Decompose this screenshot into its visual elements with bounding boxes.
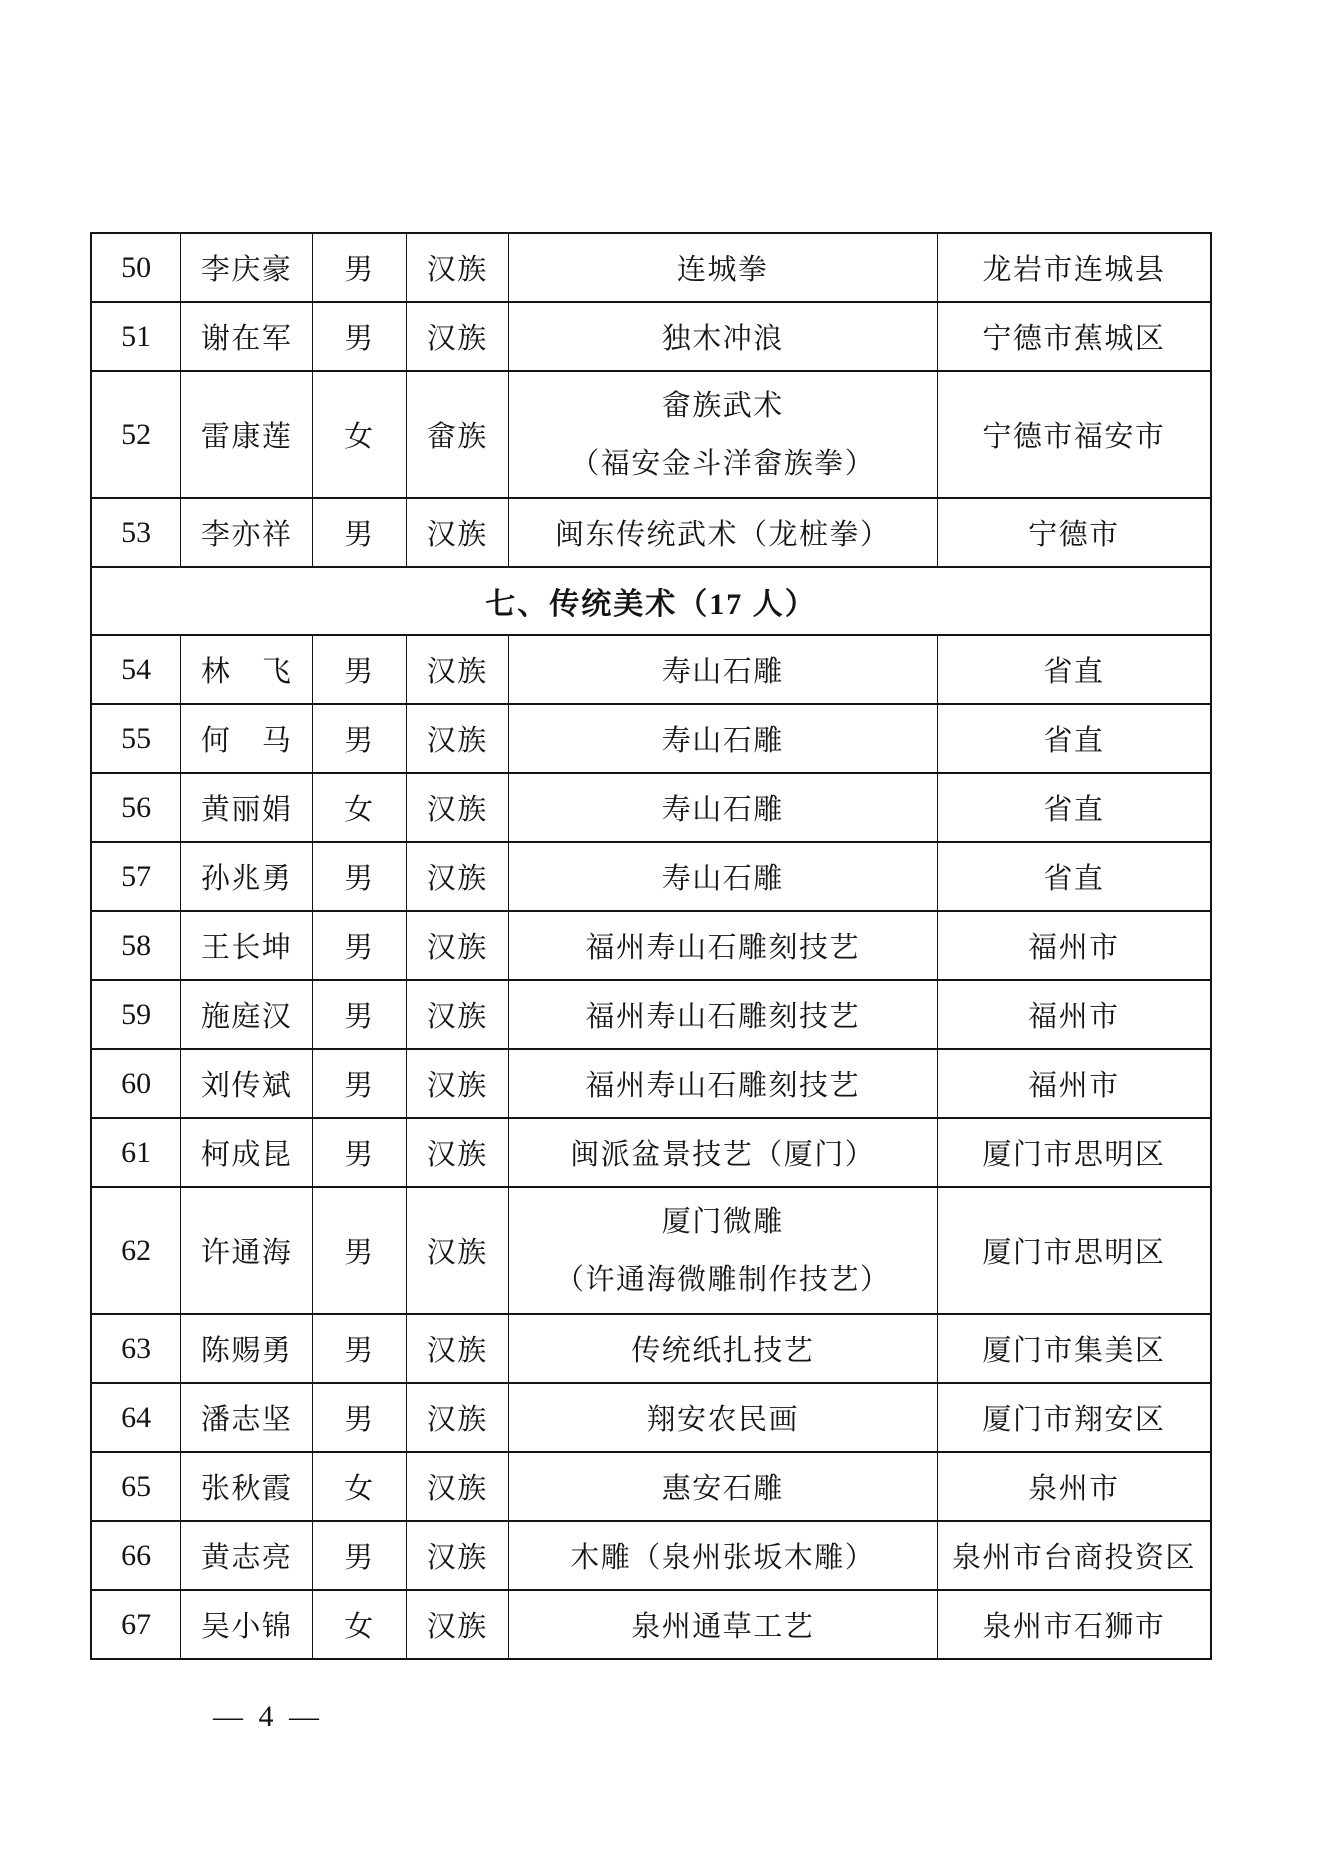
- cell-region: 省直: [937, 773, 1211, 842]
- table-row: 64潘志坚男汉族翔安农民画厦门市翔安区: [91, 1383, 1211, 1452]
- cell-gender: 男: [313, 911, 407, 980]
- cell-ethnicity: 汉族: [406, 842, 508, 911]
- cell-gender: 男: [313, 302, 407, 371]
- cell-name: 谢在军: [181, 302, 313, 371]
- cell-gender: 男: [313, 842, 407, 911]
- table-row: 66黄志亮男汉族木雕（泉州张坂木雕）泉州市台商投资区: [91, 1521, 1211, 1590]
- cell-project: 泉州通草工艺: [508, 1590, 937, 1659]
- cell-gender: 女: [313, 1590, 407, 1659]
- cell-name: 黄丽娟: [181, 773, 313, 842]
- cell-name: 许通海: [181, 1187, 313, 1314]
- cell-project: 福州寿山石雕刻技艺: [508, 980, 937, 1049]
- cell-region: 省直: [937, 842, 1211, 911]
- table-row: 57孙兆勇男汉族寿山石雕省直: [91, 842, 1211, 911]
- table-row: 55何 马男汉族寿山石雕省直: [91, 704, 1211, 773]
- cell-gender: 男: [313, 1521, 407, 1590]
- table-row: 59施庭汉男汉族福州寿山石雕刻技艺福州市: [91, 980, 1211, 1049]
- cell-region: 福州市: [937, 911, 1211, 980]
- cell-project: 惠安石雕: [508, 1452, 937, 1521]
- cell-ethnicity: 汉族: [406, 1452, 508, 1521]
- cell-ethnicity: 畲族: [406, 371, 508, 498]
- project-line: 厦门微雕: [513, 1193, 933, 1251]
- table-row: 56黄丽娟女汉族寿山石雕省直: [91, 773, 1211, 842]
- cell-ethnicity: 汉族: [406, 980, 508, 1049]
- table-row: 60刘传斌男汉族福州寿山石雕刻技艺福州市: [91, 1049, 1211, 1118]
- table-row: 58王长坤男汉族福州寿山石雕刻技艺福州市: [91, 911, 1211, 980]
- cell-ethnicity: 汉族: [406, 773, 508, 842]
- cell-project: 寿山石雕: [508, 704, 937, 773]
- cell-no: 63: [91, 1314, 181, 1383]
- cell-gender: 男: [313, 1383, 407, 1452]
- cell-name: 潘志坚: [181, 1383, 313, 1452]
- cell-gender: 男: [313, 1187, 407, 1314]
- cell-no: 50: [91, 233, 181, 302]
- cell-gender: 女: [313, 371, 407, 498]
- cell-no: 62: [91, 1187, 181, 1314]
- cell-project: 闽东传统武术（龙桩拳）: [508, 498, 937, 567]
- cell-gender: 女: [313, 1452, 407, 1521]
- cell-gender: 男: [313, 498, 407, 567]
- cell-gender: 男: [313, 1314, 407, 1383]
- table-row: 51谢在军男汉族独木冲浪宁德市蕉城区: [91, 302, 1211, 371]
- document-page: 50李庆豪男汉族连城拳龙岩市连城县51谢在军男汉族独木冲浪宁德市蕉城区52雷康莲…: [0, 0, 1323, 1871]
- cell-region: 福州市: [937, 1049, 1211, 1118]
- project-line: （许通海微雕制作技艺）: [513, 1251, 933, 1309]
- cell-region: 省直: [937, 635, 1211, 704]
- table-row: 52雷康莲女畲族畲族武术（福安金斗洋畲族拳）宁德市福安市: [91, 371, 1211, 498]
- cell-name: 李亦祥: [181, 498, 313, 567]
- cell-gender: 男: [313, 1049, 407, 1118]
- cell-no: 55: [91, 704, 181, 773]
- cell-region: 龙岩市连城县: [937, 233, 1211, 302]
- cell-name: 孙兆勇: [181, 842, 313, 911]
- table-row: 61柯成昆男汉族闽派盆景技艺（厦门）厦门市思明区: [91, 1118, 1211, 1187]
- cell-region: 泉州市石狮市: [937, 1590, 1211, 1659]
- section-row: 七、传统美术（17 人）: [91, 567, 1211, 635]
- cell-project: 木雕（泉州张坂木雕）: [508, 1521, 937, 1590]
- cell-name: 雷康莲: [181, 371, 313, 498]
- inheritors-table: 50李庆豪男汉族连城拳龙岩市连城县51谢在军男汉族独木冲浪宁德市蕉城区52雷康莲…: [90, 232, 1212, 1660]
- cell-gender: 男: [313, 233, 407, 302]
- cell-project: 厦门微雕（许通海微雕制作技艺）: [508, 1187, 937, 1314]
- cell-ethnicity: 汉族: [406, 1521, 508, 1590]
- cell-no: 54: [91, 635, 181, 704]
- cell-gender: 男: [313, 635, 407, 704]
- cell-region: 厦门市思明区: [937, 1187, 1211, 1314]
- cell-name: 吴小锦: [181, 1590, 313, 1659]
- cell-ethnicity: 汉族: [406, 1590, 508, 1659]
- table-row: 65张秋霞女汉族惠安石雕泉州市: [91, 1452, 1211, 1521]
- cell-project: 福州寿山石雕刻技艺: [508, 911, 937, 980]
- project-line: 畲族武术: [513, 377, 933, 435]
- cell-project: 寿山石雕: [508, 635, 937, 704]
- cell-no: 56: [91, 773, 181, 842]
- cell-ethnicity: 汉族: [406, 1383, 508, 1452]
- cell-ethnicity: 汉族: [406, 302, 508, 371]
- cell-no: 64: [91, 1383, 181, 1452]
- cell-name: 王长坤: [181, 911, 313, 980]
- cell-project: 寿山石雕: [508, 842, 937, 911]
- cell-no: 67: [91, 1590, 181, 1659]
- cell-project: 传统纸扎技艺: [508, 1314, 937, 1383]
- table-row: 63陈赐勇男汉族传统纸扎技艺厦门市集美区: [91, 1314, 1211, 1383]
- cell-no: 52: [91, 371, 181, 498]
- cell-no: 51: [91, 302, 181, 371]
- cell-no: 60: [91, 1049, 181, 1118]
- cell-ethnicity: 汉族: [406, 1187, 508, 1314]
- cell-region: 宁德市福安市: [937, 371, 1211, 498]
- cell-region: 省直: [937, 704, 1211, 773]
- cell-project: 畲族武术（福安金斗洋畲族拳）: [508, 371, 937, 498]
- project-line: （福安金斗洋畲族拳）: [513, 435, 933, 493]
- cell-region: 宁德市: [937, 498, 1211, 567]
- cell-no: 65: [91, 1452, 181, 1521]
- cell-ethnicity: 汉族: [406, 635, 508, 704]
- cell-gender: 男: [313, 704, 407, 773]
- cell-region: 厦门市集美区: [937, 1314, 1211, 1383]
- cell-region: 厦门市思明区: [937, 1118, 1211, 1187]
- cell-project: 连城拳: [508, 233, 937, 302]
- cell-region: 泉州市台商投资区: [937, 1521, 1211, 1590]
- cell-gender: 女: [313, 773, 407, 842]
- cell-name: 施庭汉: [181, 980, 313, 1049]
- cell-ethnicity: 汉族: [406, 911, 508, 980]
- cell-region: 福州市: [937, 980, 1211, 1049]
- cell-no: 53: [91, 498, 181, 567]
- cell-region: 厦门市翔安区: [937, 1383, 1211, 1452]
- cell-region: 泉州市: [937, 1452, 1211, 1521]
- cell-project: 翔安农民画: [508, 1383, 937, 1452]
- cell-no: 58: [91, 911, 181, 980]
- cell-region: 宁德市蕉城区: [937, 302, 1211, 371]
- cell-gender: 男: [313, 980, 407, 1049]
- cell-ethnicity: 汉族: [406, 498, 508, 567]
- cell-name: 林 飞: [181, 635, 313, 704]
- cell-no: 61: [91, 1118, 181, 1187]
- table-row: 62许通海男汉族厦门微雕（许通海微雕制作技艺）厦门市思明区: [91, 1187, 1211, 1314]
- cell-ethnicity: 汉族: [406, 1118, 508, 1187]
- table-row: 54林 飞男汉族寿山石雕省直: [91, 635, 1211, 704]
- cell-name: 陈赐勇: [181, 1314, 313, 1383]
- cell-name: 柯成昆: [181, 1118, 313, 1187]
- table-row: 67吴小锦女汉族泉州通草工艺泉州市石狮市: [91, 1590, 1211, 1659]
- cell-name: 李庆豪: [181, 233, 313, 302]
- cell-project: 闽派盆景技艺（厦门）: [508, 1118, 937, 1187]
- cell-project: 福州寿山石雕刻技艺: [508, 1049, 937, 1118]
- cell-name: 黄志亮: [181, 1521, 313, 1590]
- cell-name: 刘传斌: [181, 1049, 313, 1118]
- page-number: — 4 —: [213, 1700, 323, 1734]
- cell-name: 张秋霞: [181, 1452, 313, 1521]
- cell-gender: 男: [313, 1118, 407, 1187]
- cell-ethnicity: 汉族: [406, 1049, 508, 1118]
- section-header: 七、传统美术（17 人）: [91, 567, 1211, 635]
- cell-name: 何 马: [181, 704, 313, 773]
- table-row: 53李亦祥男汉族闽东传统武术（龙桩拳）宁德市: [91, 498, 1211, 567]
- cell-no: 57: [91, 842, 181, 911]
- table-row: 50李庆豪男汉族连城拳龙岩市连城县: [91, 233, 1211, 302]
- cell-ethnicity: 汉族: [406, 1314, 508, 1383]
- cell-no: 59: [91, 980, 181, 1049]
- cell-no: 66: [91, 1521, 181, 1590]
- cell-ethnicity: 汉族: [406, 233, 508, 302]
- cell-project: 寿山石雕: [508, 773, 937, 842]
- cell-project: 独木冲浪: [508, 302, 937, 371]
- table-body: 50李庆豪男汉族连城拳龙岩市连城县51谢在军男汉族独木冲浪宁德市蕉城区52雷康莲…: [91, 233, 1211, 1659]
- cell-ethnicity: 汉族: [406, 704, 508, 773]
